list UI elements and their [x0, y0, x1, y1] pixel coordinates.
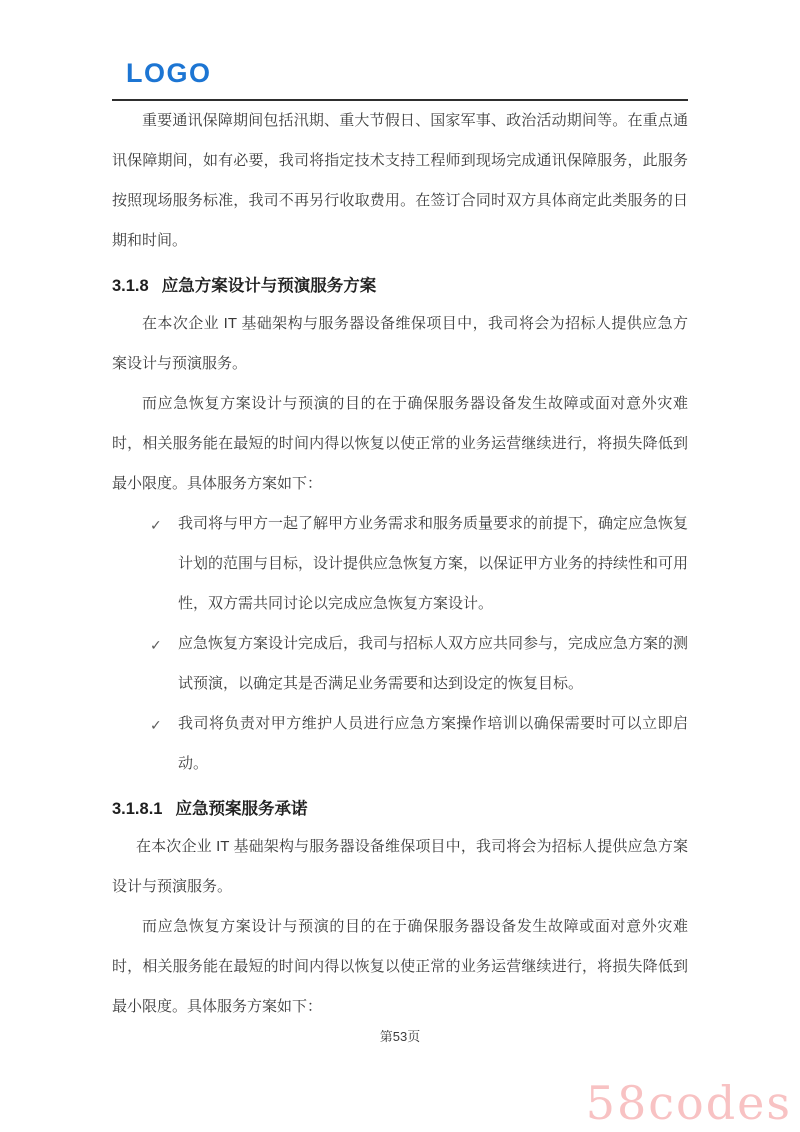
- document-page: LOGO 重要通讯保障期间包括汛期、重大节假日、国家军事、政治活动期间等。在重点…: [0, 0, 800, 1027]
- checklist-item-text: 应急恢复方案设计完成后，我司与招标人双方应共同参与，完成应急方案的测试预演，以确…: [178, 635, 688, 692]
- check-icon: ✓: [150, 705, 162, 745]
- paragraph-recovery-purpose-2: 而应急恢复方案设计与预演的目的在于确保服务器设备发生故障或面对意外灾难时，相关服…: [112, 907, 688, 1027]
- document-body: 重要通讯保障期间包括汛期、重大节假日、国家军事、政治活动期间等。在重点通讯保障期…: [112, 101, 688, 1027]
- company-logo: LOGO: [112, 56, 688, 90]
- page-footer: 第53页: [0, 1026, 800, 1045]
- checklist-item-text: 我司将负责对甲方维护人员进行应急方案操作培训以确保需要时可以立即启动。: [178, 715, 688, 772]
- paragraph-service-offer-2: 在本次企业 IT 基础架构与服务器设备维保项目中，我司将会为招标人提供应急方案设…: [112, 827, 688, 907]
- section-number: 3.1.8.1: [112, 800, 162, 818]
- paragraph-communication-guarantee: 重要通讯保障期间包括汛期、重大节假日、国家军事、政治活动期间等。在重点通讯保障期…: [112, 101, 688, 261]
- section-heading-3-1-8-1: 3.1.8.1应急预案服务承诺: [112, 797, 688, 821]
- page-number: 第53页: [380, 1029, 420, 1044]
- section-title: 应急预案服务承诺: [175, 800, 307, 818]
- checklist-item: ✓ 我司将负责对甲方维护人员进行应急方案操作培训以确保需要时可以立即启动。: [178, 704, 688, 784]
- checklist-item-text: 我司将与甲方一起了解甲方业务需求和服务质量要求的前提下，确定应急恢复计划的范围与…: [178, 515, 688, 612]
- paragraph-service-offer-1: 在本次企业 IT 基础架构与服务器设备维保项目中，我司将会为招标人提供应急方案设…: [112, 304, 688, 384]
- section-heading-3-1-8: 3.1.8应急方案设计与预演服务方案: [112, 274, 688, 298]
- page-header: LOGO: [112, 56, 688, 101]
- checklist-item: ✓ 应急恢复方案设计完成后，我司与招标人双方应共同参与，完成应急方案的测试预演，…: [178, 624, 688, 704]
- check-icon: ✓: [150, 625, 162, 665]
- checklist-item: ✓ 我司将与甲方一起了解甲方业务需求和服务质量要求的前提下，确定应急恢复计划的范…: [178, 504, 688, 624]
- section-title: 应急方案设计与预演服务方案: [162, 277, 377, 295]
- section-number: 3.1.8: [112, 277, 149, 295]
- check-icon: ✓: [150, 505, 162, 545]
- watermark: 58codes: [586, 1078, 792, 1128]
- service-checklist: ✓ 我司将与甲方一起了解甲方业务需求和服务质量要求的前提下，确定应急恢复计划的范…: [112, 504, 688, 784]
- paragraph-recovery-purpose-1: 而应急恢复方案设计与预演的目的在于确保服务器设备发生故障或面对意外灾难时，相关服…: [112, 384, 688, 504]
